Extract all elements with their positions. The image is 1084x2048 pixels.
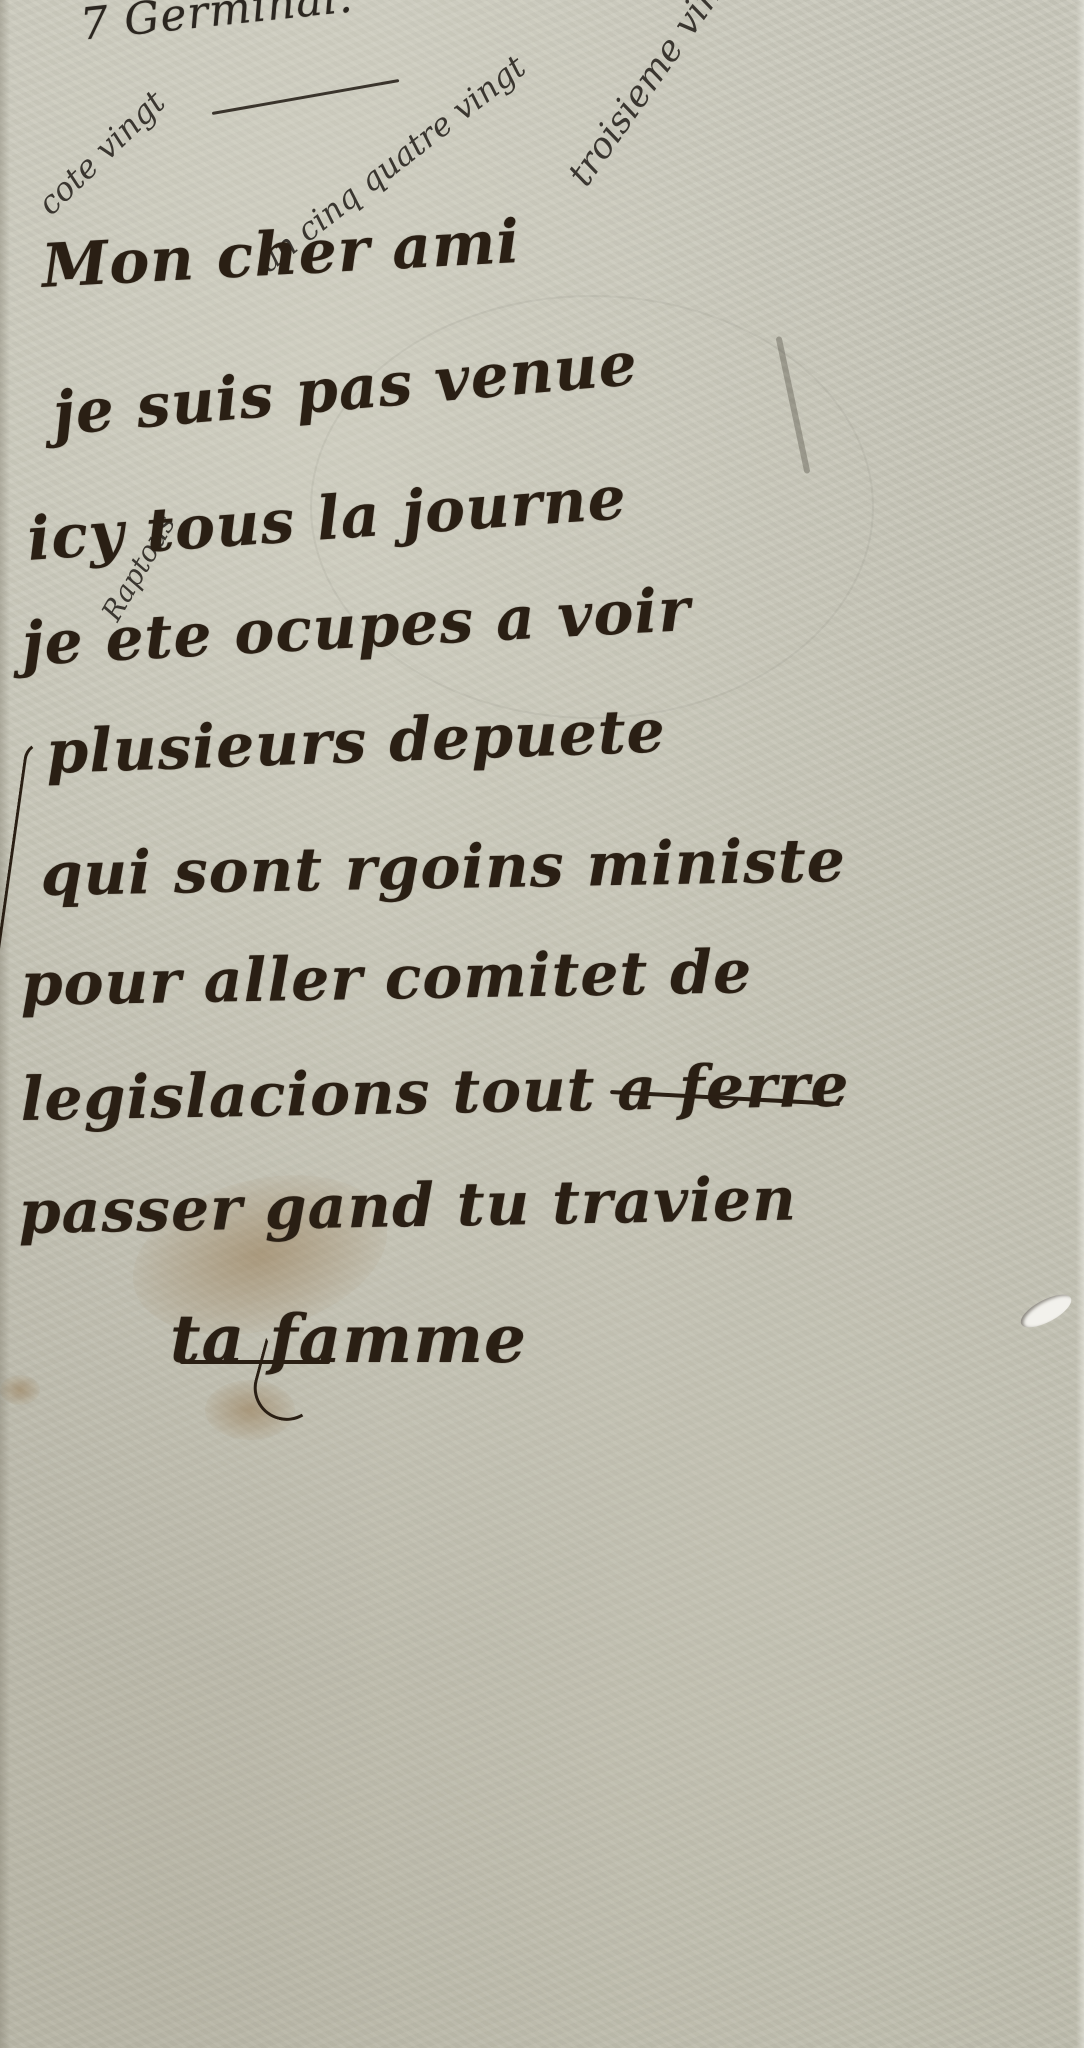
marginal-annotation: troisieme vingt	[560, 0, 752, 194]
paper-right-edge	[1076, 0, 1084, 2048]
letter-line: qui sont rgoins ministe	[40, 826, 846, 910]
letter-line: passer gand tu travien	[18, 1164, 797, 1248]
marginal-annotation: cote vingt	[30, 83, 173, 222]
letter-line: Mon cher ami	[40, 207, 522, 302]
ink-stain	[0, 1375, 40, 1405]
paper-hole	[1016, 1288, 1076, 1334]
letter-line: plusieurs depuete	[45, 696, 667, 788]
letter-signoff: ta famme	[170, 1300, 527, 1378]
letter-paper: 7 Germinal. cote vingt an cinq quatre vi…	[0, 0, 1084, 2048]
header-rule	[212, 79, 400, 115]
letter-line: legislacions tout a ferre	[20, 1051, 850, 1135]
letter-line: pour aller comitet de	[20, 937, 753, 1020]
date-header: 7 Germinal.	[78, 0, 355, 51]
